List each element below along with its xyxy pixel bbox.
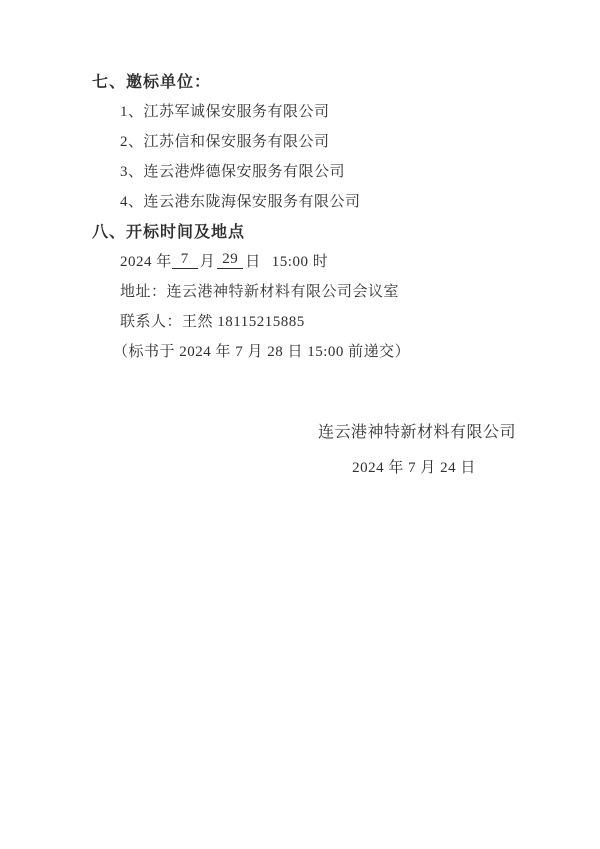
submission-deadline-note: （标书于 2024 年 7 月 28 日 15:00 前递交） <box>0 335 600 365</box>
signature-date: 2024 年 7 月 24 日 <box>318 453 510 483</box>
contact-line: 联系人：王然 18115215885 <box>0 305 600 335</box>
address-line: 地址：连云港神特新材料有限公司会议室 <box>0 275 600 305</box>
section-8-heading: 八、开标时间及地点 <box>0 215 600 245</box>
bid-opening-date-line: 2024 年 7 月 29 日 15:00 时 <box>0 245 600 275</box>
section-7-heading: 七、邀标单位： <box>0 65 600 95</box>
signature-company-name: 连云港神特新材料有限公司 <box>318 418 510 448</box>
date-day-blank: 29 <box>217 251 243 269</box>
invited-company-item-1: 1、江苏军诚保安服务有限公司 <box>0 95 600 125</box>
document-content: 七、邀标单位： 1、江苏军诚保安服务有限公司 2、江苏信和保安服务有限公司 3、… <box>0 0 600 483</box>
document-page: 七、邀标单位： 1、江苏军诚保安服务有限公司 2、江苏信和保安服务有限公司 3、… <box>0 0 600 849</box>
date-month-label: 月 <box>200 250 216 271</box>
invited-company-item-2: 2、江苏信和保安服务有限公司 <box>0 125 600 155</box>
date-day-label: 日 <box>245 250 261 271</box>
signature-block: 连云港神特新材料有限公司 2024 年 7 月 24 日 <box>318 418 510 483</box>
invited-company-item-3: 3、连云港烨德保安服务有限公司 <box>0 155 600 185</box>
date-month-blank: 7 <box>172 251 198 269</box>
date-time-part: 15:00 时 <box>272 250 328 271</box>
invited-company-item-4: 4、连云港东陇海保安服务有限公司 <box>0 185 600 215</box>
date-year-part: 2024 年 <box>120 250 172 271</box>
